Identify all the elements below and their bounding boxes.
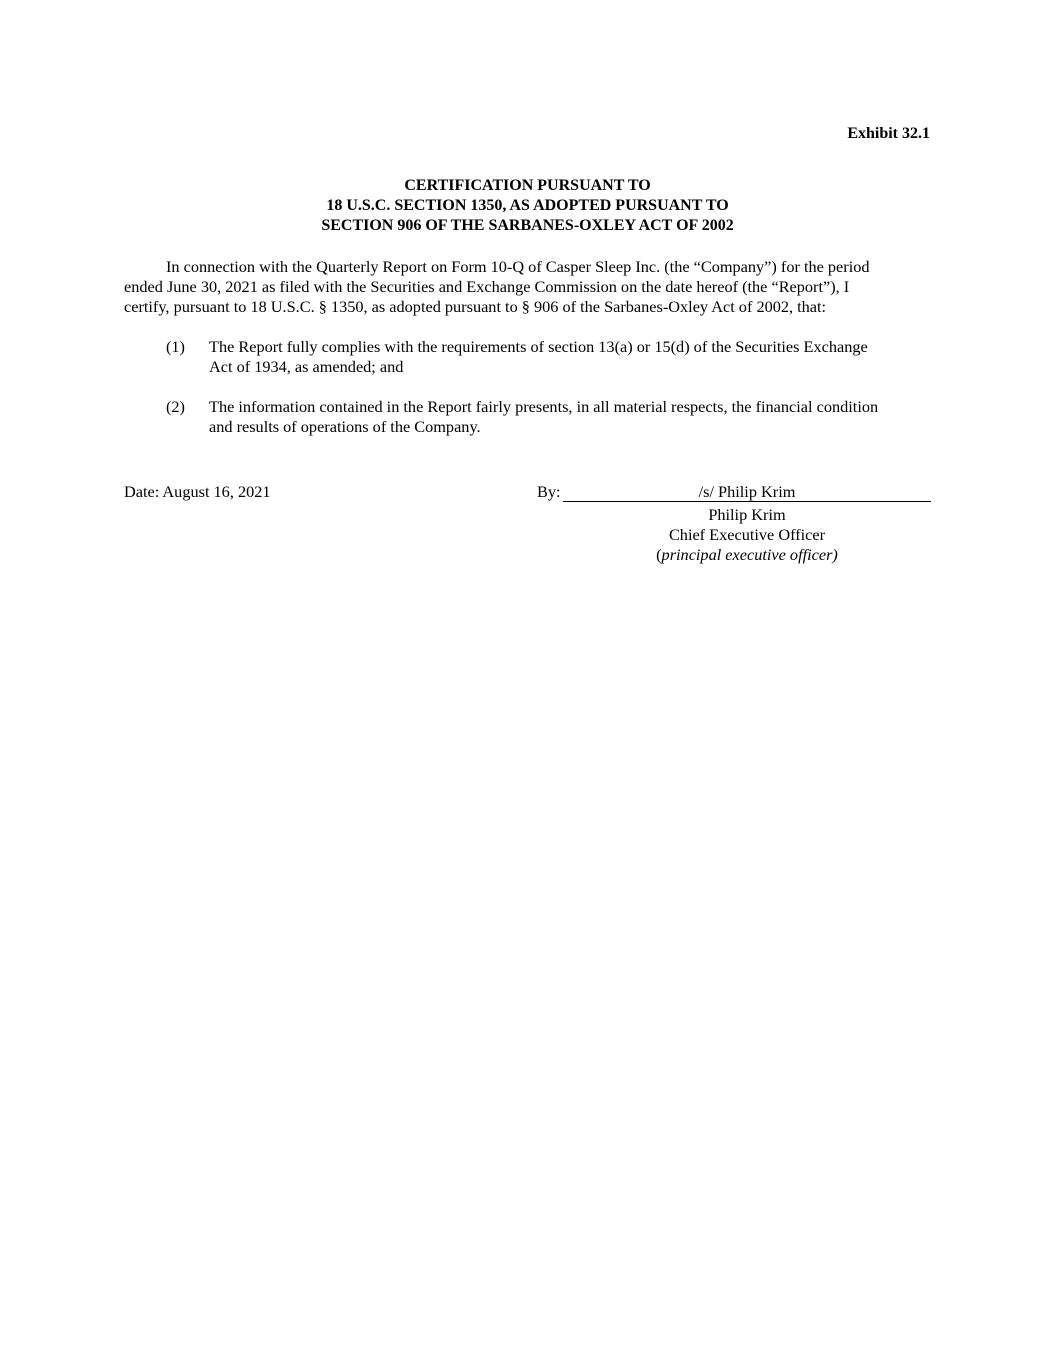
title-line-3: SECTION 906 OF THE SARBANES-OXLEY ACT OF… [0,216,1055,236]
item-line: Act of 1934, as amended; and [209,357,868,377]
item-line: The Report fully complies with the requi… [209,337,868,357]
exhibit-label: Exhibit 32.1 [847,125,930,143]
signer-block: Philip Krim Chief Executive Officer (pri… [563,505,931,565]
signer-role: (principal executive officer) [563,545,931,565]
title-line-1: CERTIFICATION PURSUANT TO [0,176,1055,196]
item-text: The information contained in the Report … [209,397,878,437]
intro-line: ended June 30, 2021 as filed with the Se… [124,277,924,297]
signature-date: Date: August 16, 2021 [124,482,271,502]
item-line: and results of operations of the Company… [209,417,878,437]
signer-title: Chief Executive Officer [563,525,931,545]
signer-name: Philip Krim [563,505,931,525]
intro-paragraph: In connection with the Quarterly Report … [124,257,924,317]
by-label: By: [537,482,561,502]
title-line-2: 18 U.S.C. SECTION 1350, AS ADOPTED PURSU… [0,196,1055,216]
item-text: The Report fully complies with the requi… [209,337,868,377]
intro-line: In connection with the Quarterly Report … [124,257,924,277]
signature-line: /s/ Philip Krim [563,482,931,502]
role-text: principal executive officer) [662,545,838,564]
item-line: The information contained in the Report … [209,397,878,417]
item-number: (2) [166,397,185,417]
intro-line: certify, pursuant to 18 U.S.C. § 1350, a… [124,297,924,317]
item-number: (1) [166,337,185,357]
